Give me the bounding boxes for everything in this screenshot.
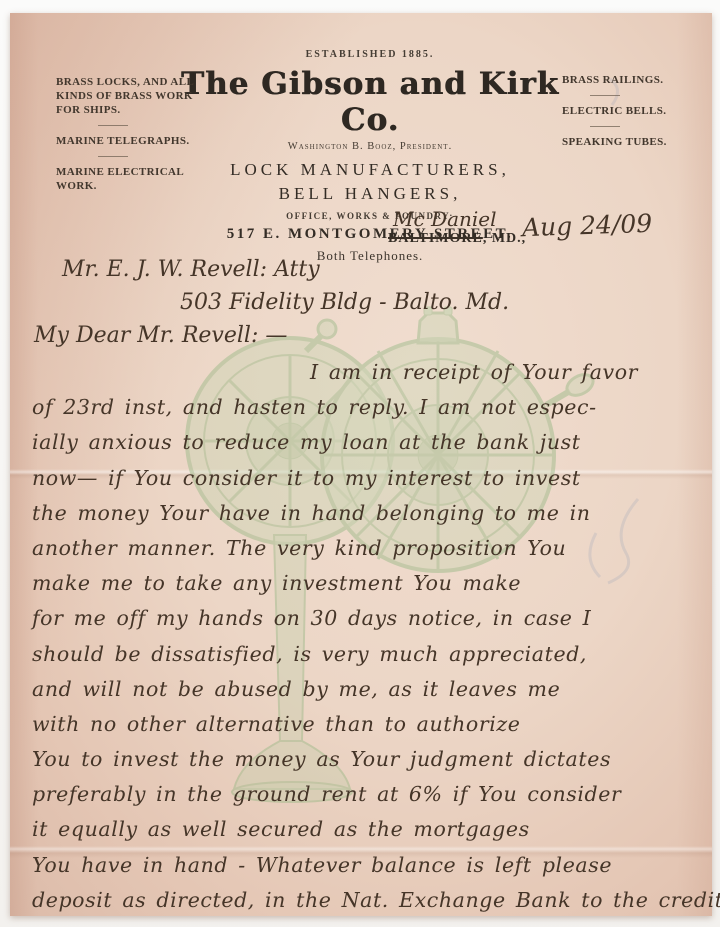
letter-paper: ESTABLISHED 1885. The Gibson and Kirk Co… (10, 13, 712, 916)
body-line: make me to take any investment You make (32, 566, 714, 601)
body-line: it equally as well secured as the mortga… (32, 812, 714, 847)
established-line: ESTABLISHED 1885. (170, 49, 570, 60)
struck-city-text: BALTIMORE (388, 231, 483, 246)
divider (590, 95, 620, 96)
services-column-right: BRASS RAILINGS. ELECTRIC BELLS. SPEAKING… (562, 73, 692, 149)
letter-body: I am in receipt of Your favor of 23rd in… (32, 355, 714, 918)
body-line: now— if You consider it to my interest t… (32, 461, 714, 496)
services-column-left: BRASS LOCKS, AND ALL KINDS OF BRASS WORK… (56, 75, 216, 193)
body-line: preferably in the ground rent at 6% if Y… (32, 777, 714, 812)
recipient-address-line: 503 Fidelity Bldg - Balto. Md. (180, 290, 509, 315)
body-line: and will not be abused by me, as it leav… (32, 672, 714, 707)
body-line: You to invest the money as Your judgment… (32, 742, 714, 777)
divider (98, 125, 128, 126)
body-line: deposit as directed, in the Nat. Exchang… (32, 883, 714, 918)
service-item: ELECTRIC BELLS. (562, 104, 692, 118)
body-line: of 23rd inst, and hasten to reply. I am … (32, 390, 714, 425)
divider (590, 126, 620, 127)
body-line: ially anxious to reduce my loan at the b… (32, 425, 714, 460)
body-line: with no other alternative than to author… (32, 707, 714, 742)
printed-dateline: BALTIMORE, MD., (388, 231, 526, 247)
company-name: The Gibson and Kirk Co. (170, 66, 570, 138)
salutation-line: My Dear Mr. Revell: — (34, 323, 287, 348)
handwritten-place-correction: Mc Daniel (393, 207, 497, 231)
handwritten-date: Aug 24/09 (522, 209, 653, 243)
service-item: SPEAKING TUBES. (562, 135, 692, 149)
body-line: I am in receipt of Your favor (32, 355, 714, 390)
business-line-1: LOCK MANUFACTURERS, (170, 160, 570, 180)
service-item: BRASS RAILINGS. (562, 73, 692, 87)
body-line: another manner. The very kind propositio… (32, 531, 714, 566)
business-line-2: BELL HANGERS, (170, 184, 570, 204)
body-line: You have in hand - Whatever balance is l… (32, 848, 714, 883)
service-item: MARINE TELEGRAPHS. (56, 134, 216, 148)
divider (98, 156, 128, 157)
body-line: for me off my hands on 30 days notice, i… (32, 601, 714, 636)
service-item: MARINE ELECTRICAL WORK. (56, 165, 216, 193)
recipient-line: Mr. E. J. W. Revell: Atty (62, 257, 320, 282)
state-text: , MD., (483, 231, 526, 246)
service-item: BRASS LOCKS, AND ALL KINDS OF BRASS WORK… (56, 75, 216, 117)
body-line: the money Your have in hand belonging to… (32, 496, 714, 531)
president-line: Washington B. Booz, President. (170, 141, 570, 152)
office-works-line: OFFICE, WORKS & FOUNDRY: (170, 211, 570, 221)
body-line: should be dissatisfied, is very much app… (32, 637, 714, 672)
